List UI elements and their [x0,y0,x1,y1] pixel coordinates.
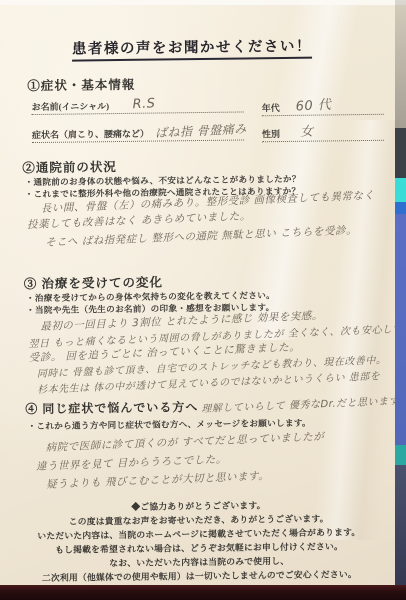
section4-answer-line: 病院で医師に診て頂くのが すべてだと思っていましたが [45,429,324,455]
page-title: 患者様の声をお聞かせください！ [37,34,347,59]
form-content: 患者様の声をお聞かせください！ ①症状・基本情報 お名前(イニシャル) R.S … [0,0,406,600]
section4-bullet: ・これから通う方や同じ症状で悩む方へ、メッセージをお願いします。 [27,417,311,432]
age-value: 60 代 [295,94,332,115]
section1-heading: ①症状・基本情報 [27,75,135,94]
name-value: R.S [133,96,157,112]
section3-heading: ③ 治療を受けての変化 [24,272,163,292]
book-spine-teal-segment [395,445,406,465]
book-spine-blue-segment [395,214,406,445]
gender-label: 性別 [262,127,280,140]
gender-field: 性別 女 [262,120,384,142]
book-spine-cyan-segment [395,178,406,202]
name-field: お名前(イニシャル) R.S [32,95,244,115]
gender-value: 女 [300,120,314,140]
symptom-value: ばね指 骨盤痛み [155,120,248,141]
section4-inline-answer: 理解していらして 優秀なDr.だと思います。 [201,392,406,415]
section4-heading: ④ 同じ症状で悩んでいる方へ [25,398,198,417]
name-label: お名前(イニシャル) [32,99,110,113]
photo-right-shadow [395,0,406,128]
photographed-survey-sheet: 患者様の声をお聞かせください！ ①症状・基本情報 お名前(イニシャル) R.S … [0,0,406,600]
symptom-field: 症状名（肩こり、腰痛など） ばね指 骨盤痛み [32,121,244,143]
book-spine-label-segment [395,202,406,214]
book-spine-dark-segment [395,128,406,178]
section2-heading: ②通院前の状況 [22,157,117,176]
age-field: 年代 60 代 [262,94,384,116]
symptom-label: 症状名（肩こり、腰痛など） [32,127,149,141]
age-label: 年代 [262,101,280,114]
photo-bottom-dark-band [0,585,406,600]
book-spine-lower-segment [395,465,406,585]
